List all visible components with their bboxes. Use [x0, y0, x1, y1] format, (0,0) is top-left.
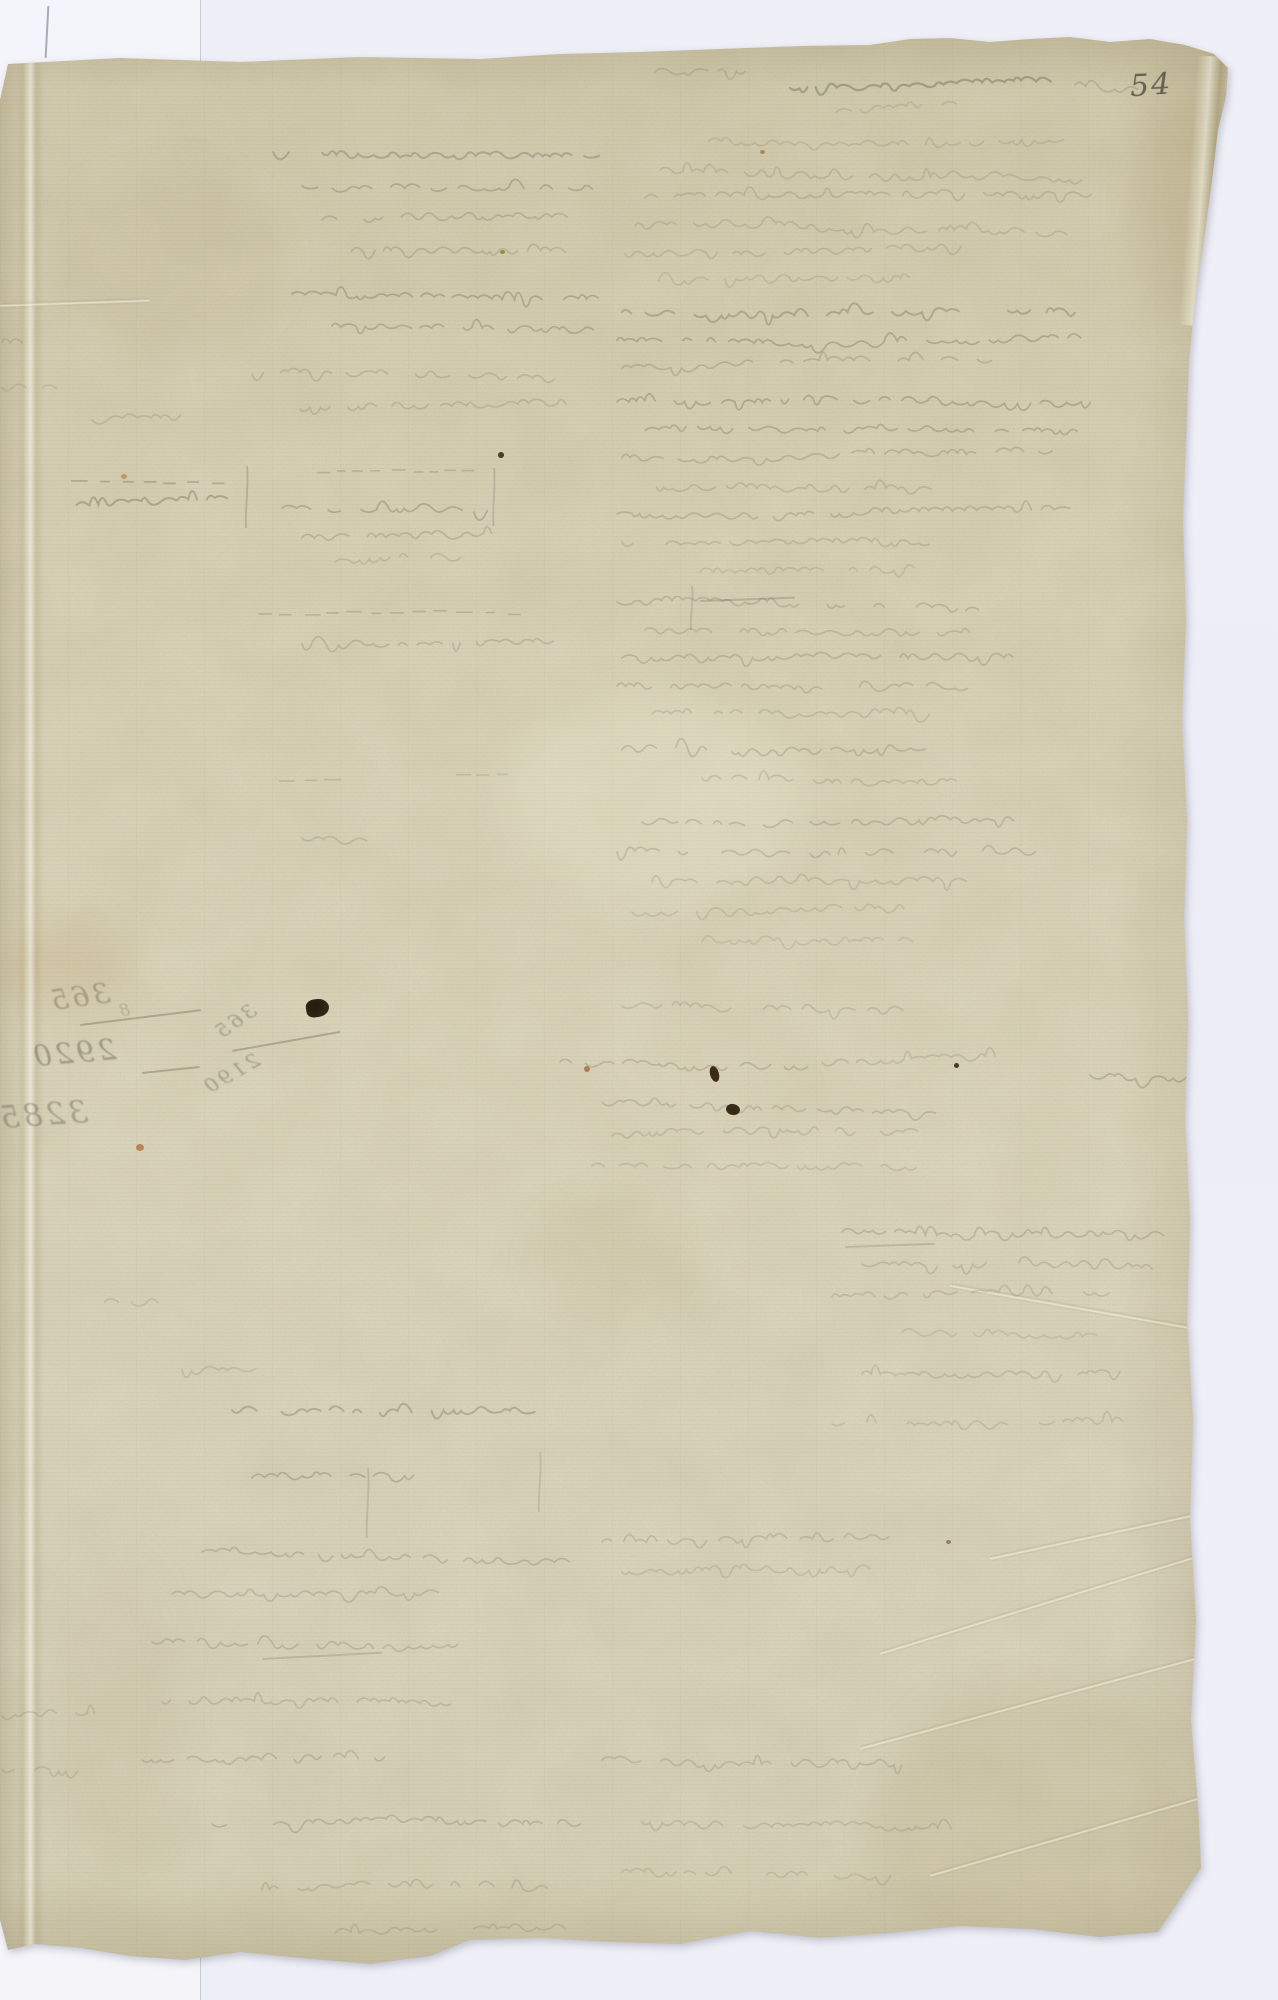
- bleedthrough-vertical-stroke: [367, 1468, 369, 1538]
- bleedthrough-script-line: [172, 1587, 438, 1603]
- manuscript-scan: 3658292032853652190 54: [0, 0, 1278, 2000]
- bleedthrough-script-line: [862, 1366, 1120, 1383]
- paper-sheet: 3658292032853652190 54: [0, 0, 1278, 2000]
- bleedthrough-script-line: [655, 69, 745, 80]
- bleedthrough-script-line: [790, 77, 1051, 95]
- bleedthrough-script-line: [642, 1819, 951, 1831]
- manuscript-page: 3658292032853652190 54: [0, 0, 1278, 2000]
- bleedthrough-script-line: [273, 151, 599, 159]
- bleedthrough-script-line: [832, 1412, 1122, 1430]
- bleedthrough-script-line: [657, 480, 947, 494]
- bleedthrough-script-line: [252, 1472, 414, 1482]
- bleedthrough-script-line: [302, 837, 367, 844]
- bleedthrough-script-line: [822, 1048, 1007, 1066]
- bleedthrough-script-line: [182, 1367, 256, 1378]
- bleedthrough-script-line: [252, 369, 554, 383]
- bleedthrough-script-line: [202, 1547, 570, 1564]
- bleedthrough-script-line: [335, 554, 476, 564]
- bleedthrough-script-line: [332, 320, 594, 334]
- bleedthrough-script-line: [622, 739, 925, 757]
- folio-number: 54: [1129, 67, 1173, 104]
- bleedthrough-script-line: [642, 816, 1013, 828]
- bleedthrough-script-line: [645, 187, 1091, 203]
- bleedthrough-script-line: [602, 1755, 921, 1773]
- bleedthrough-script-line: [622, 303, 1075, 324]
- bleedthrough-script-line: [617, 596, 978, 611]
- bleedthrough-script-line: [300, 399, 566, 414]
- bleedthrough-handwriting-layer: [0, 0, 1278, 2000]
- bleedthrough-script-line: [622, 1002, 917, 1019]
- bleedthrough-script-line: [617, 394, 1090, 411]
- bleedthrough-script-line: [617, 501, 1070, 521]
- bleedthrough-script-line: [902, 1329, 1097, 1339]
- bleedthrough-script-line: [592, 1162, 916, 1170]
- bleedthrough-script-line: [612, 1127, 918, 1138]
- bleedthrough-script-line: [652, 707, 929, 722]
- bleedthrough-script-line: [709, 138, 1064, 150]
- bleedthrough-script-line: [836, 102, 956, 113]
- bleedthrough-script-line: [292, 287, 598, 307]
- bleedthrough-script-line: [2, 1767, 77, 1778]
- bleedthrough-script-line: [645, 628, 969, 636]
- bleedthrough-script-line: [456, 774, 507, 775]
- bleedthrough-script-line: [832, 1285, 1109, 1299]
- bleedthrough-script-line: [660, 163, 1081, 184]
- bleedthrough-script-line: [72, 481, 224, 483]
- bleedthrough-script-line: [702, 771, 956, 786]
- bleedthrough-script-line: [635, 217, 1067, 238]
- bleedthrough-script-line: [280, 780, 341, 781]
- bleedthrough-script-line: [302, 637, 553, 652]
- bleedthrough-script-line: [302, 179, 592, 192]
- bleedthrough-script-line: [259, 611, 520, 615]
- bleedthrough-script-line: [862, 1257, 1152, 1274]
- bleedthrough-script-line: [622, 537, 944, 546]
- bleedthrough-script-line: [2, 384, 56, 391]
- bleedthrough-script-line: [212, 1815, 580, 1832]
- bleedthrough-script-line: [1090, 1074, 1187, 1088]
- bleedthrough-script-line: [1075, 81, 1138, 92]
- bleedthrough-vertical-stroke: [246, 466, 248, 528]
- bleedthrough-script-line: [617, 333, 1081, 353]
- bleedthrough-script-line: [77, 491, 228, 506]
- bleedthrough-script-line: [617, 846, 1036, 860]
- bleedthrough-script-line: [352, 244, 566, 258]
- bleedthrough-script-line: [142, 1751, 384, 1765]
- bleedthrough-script-line: [302, 527, 519, 540]
- bleedthrough-script-line: [842, 1226, 1163, 1240]
- bleedthrough-script-line: [622, 352, 991, 375]
- bleedthrough-vertical-stroke: [493, 468, 494, 526]
- bleedthrough-script-line: [622, 1564, 879, 1577]
- bleedthrough-script-line: [700, 565, 914, 577]
- bleedthrough-vertical-stroke: [691, 586, 693, 630]
- bleedthrough-script-line: [602, 1533, 904, 1548]
- bleedthrough-script-line: [282, 501, 521, 520]
- bleedthrough-script-line: [2, 1705, 94, 1719]
- bleedthrough-script-line: [659, 273, 909, 287]
- bleedthrough-script-line: [652, 874, 983, 890]
- bleedthrough-script-line: [105, 1299, 158, 1306]
- bleedthrough-script-line: [617, 681, 968, 692]
- bleedthrough-script-line: [335, 1924, 565, 1934]
- bleedthrough-script-line: [318, 470, 474, 473]
- bleedthrough-script-line: [322, 213, 567, 222]
- bleedthrough-script-line: [622, 447, 1052, 465]
- bleedthrough-script-line: [232, 1404, 535, 1419]
- bleedthrough-script-line: [92, 414, 202, 424]
- bleedthrough-script-line: [560, 1059, 808, 1071]
- bleedthrough-script-line: [262, 1879, 547, 1891]
- bleedthrough-script-line: [622, 1867, 891, 1885]
- bleedthrough-script-line: [702, 936, 913, 950]
- bleedthrough-script-line: [152, 1636, 458, 1651]
- bleedthrough-script-line: [602, 1098, 935, 1120]
- bleedthrough-script-line: [162, 1693, 450, 1708]
- bleedthrough-script-line: [645, 424, 1091, 434]
- bleedthrough-vertical-stroke: [539, 1452, 541, 1512]
- bleedthrough-script-line: [625, 244, 961, 258]
- bleedthrough-script-line: [622, 653, 1013, 667]
- bleedthrough-script-line: [632, 904, 904, 919]
- bleedthrough-script-line: [2, 339, 63, 345]
